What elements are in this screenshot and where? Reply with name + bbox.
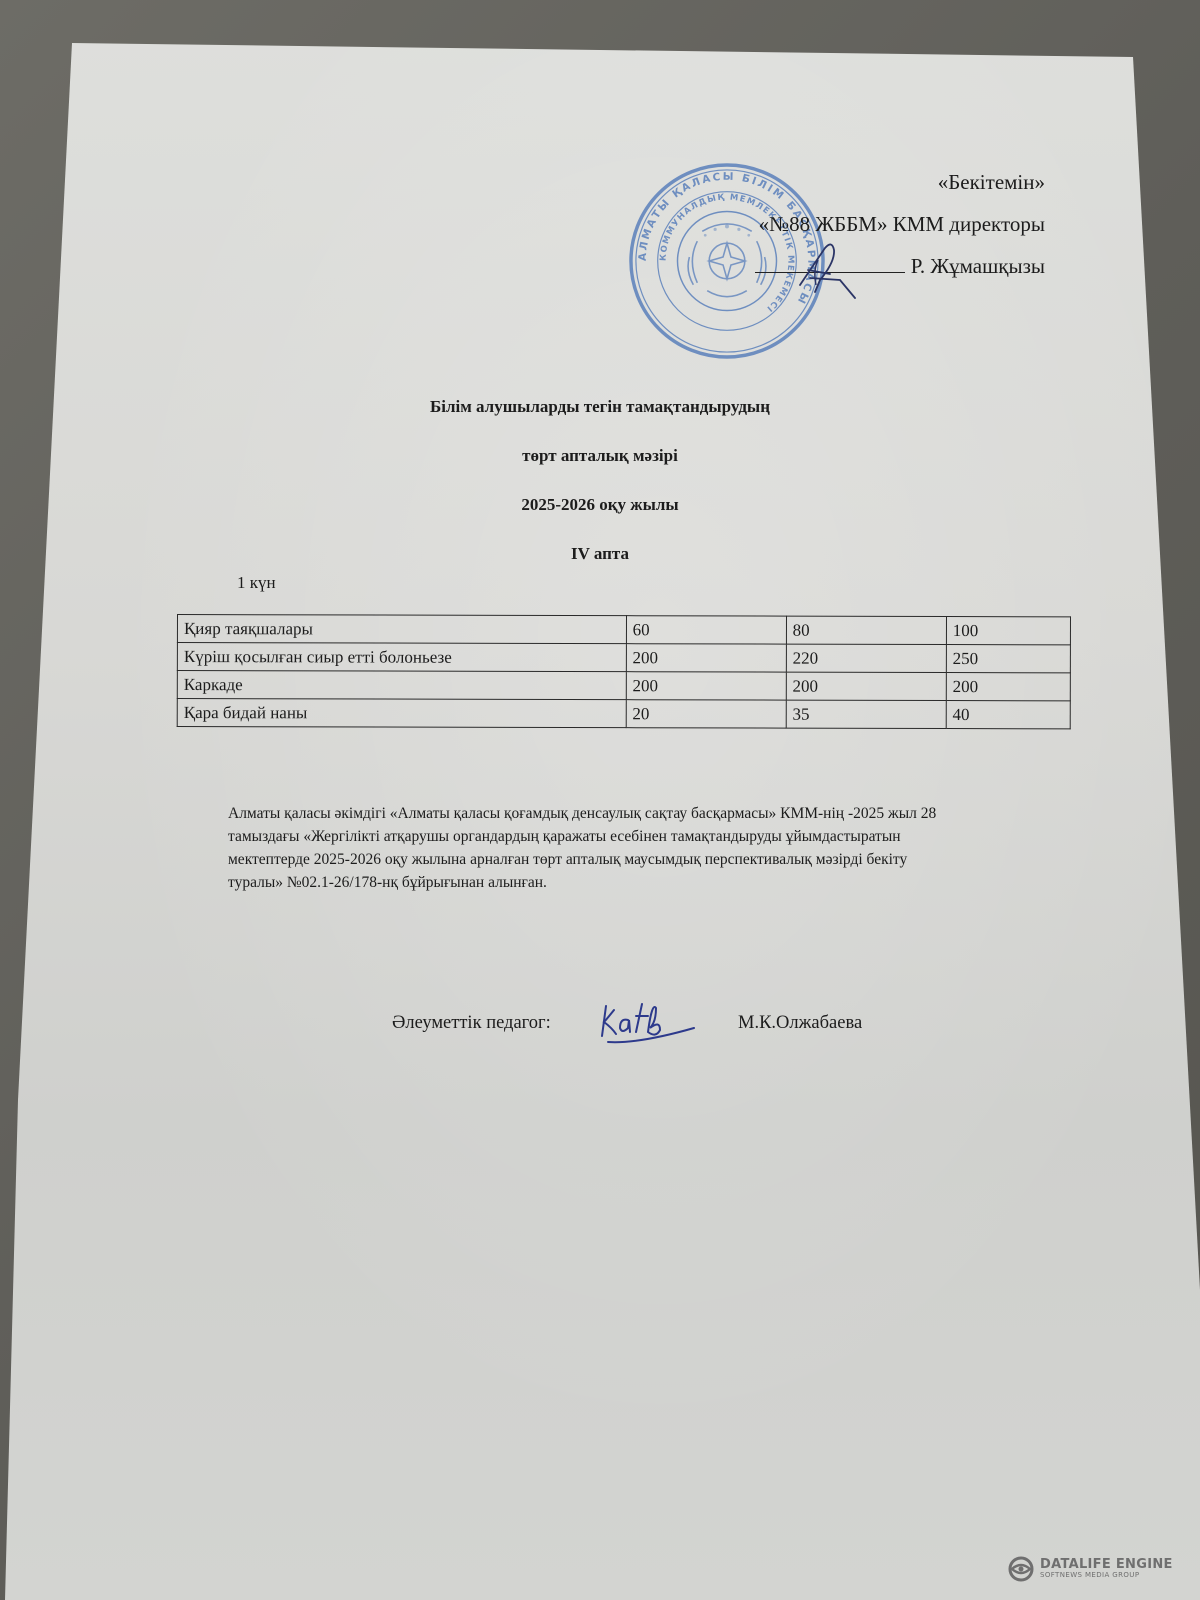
note-line-4: туралы» №02.1-26/178-нқ бұйрығынан алынғ…: [228, 871, 1088, 894]
signoff-name: М.К.Олжабаева: [738, 1013, 862, 1034]
portion-cell: 100: [946, 617, 1070, 645]
signoff-role: Әлеуметтік педагог:: [392, 1013, 551, 1034]
table-row: Қара бидай наны203540: [177, 699, 1070, 729]
note-line-1: Алматы қаласы әкімдігі «Алматы қаласы қо…: [228, 802, 1088, 825]
portion-cell: 200: [626, 644, 786, 672]
portion-cell: 200: [946, 673, 1070, 701]
portion-cell: 35: [786, 700, 946, 728]
day-label: 1 күн: [237, 573, 276, 593]
portion-cell: 200: [626, 672, 786, 700]
approval-signatory-row: Р. Жұмашқызы: [755, 256, 1045, 277]
approval-position: «№88 ЖББМ» КММ директоры: [755, 214, 1045, 235]
approval-heading: «Бекітемін»: [755, 172, 1045, 193]
watermark-sub: SOFTNEWS MEDIA GROUP: [1040, 1571, 1173, 1580]
approval-signatory: Р. Жұмашқызы: [911, 254, 1045, 278]
portion-cell: 250: [946, 645, 1070, 673]
note-line-3: мектептерде 2025-2026 оқу жылына арналға…: [228, 848, 1088, 871]
portion-cell: 80: [786, 616, 946, 644]
source-note: Алматы қаласы әкімдігі «Алматы қаласы қо…: [228, 802, 1088, 894]
watermark-brand: DATALIFE ENGINE: [1040, 1558, 1173, 1571]
dish-name-cell: Қара бидай наны: [177, 699, 626, 728]
menu-table: Қияр таяқшалары6080100Күріш қосылған сиы…: [177, 614, 1071, 729]
approval-block: «Бекітемін» «№88 ЖББМ» КММ директоры Р. …: [755, 172, 1045, 298]
dish-name-cell: Каркаде: [177, 671, 626, 700]
dish-name-cell: Қияр таяқшалары: [177, 615, 626, 644]
portion-cell: 40: [946, 701, 1070, 729]
table-row: Каркаде200200200: [177, 671, 1070, 701]
portion-cell: 20: [626, 700, 786, 728]
title-line-3: 2025-2026 оқу жылы: [0, 495, 1200, 515]
title-line-1: Білім алушыларды тегін тамақтандырудың: [0, 397, 1200, 417]
table-row: Қияр таяқшалары6080100: [177, 615, 1070, 645]
portion-cell: 200: [786, 672, 946, 700]
watermark: DATALIFE ENGINE SOFTNEWS MEDIA GROUP: [1008, 1556, 1173, 1582]
title-line-2: төрт апталық мәзірі: [0, 446, 1200, 466]
portion-cell: 60: [626, 616, 786, 644]
note-line-2: тамыздағы «Жергілікті атқарушы органдард…: [228, 825, 1088, 848]
title-line-4: IV апта: [0, 544, 1200, 564]
portion-cell: 220: [786, 644, 946, 672]
table-row: Күріш қосылған сиыр етті болоньезе200220…: [177, 643, 1070, 673]
signature-line: [755, 272, 905, 273]
datalife-logo-icon: [1008, 1556, 1034, 1582]
dish-name-cell: Күріш қосылған сиыр етті болоньезе: [177, 643, 626, 672]
